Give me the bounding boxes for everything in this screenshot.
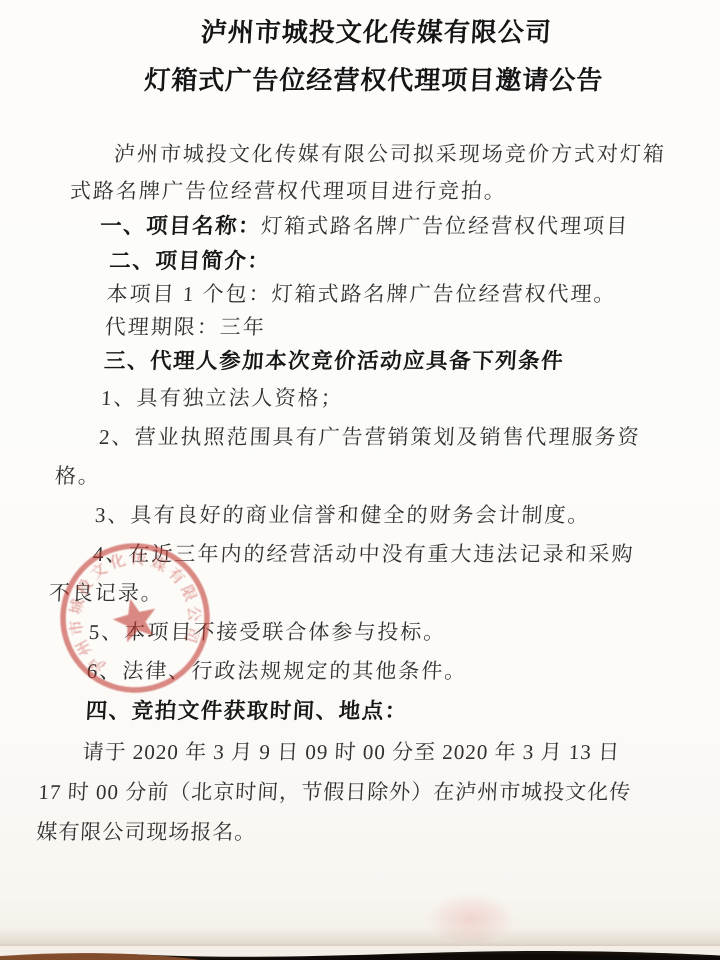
document-title-line2: 灯箱式广告位经营权代理项目邀请公告 bbox=[75, 62, 673, 98]
condition-item-1: 1、具有独立法人资格； bbox=[58, 379, 656, 418]
document-title-line1: 泸州市城投文化传媒有限公司 bbox=[77, 14, 675, 50]
document-content: 泸州市城投文化传媒有限公司 灯箱式广告位经营权代理项目邀请公告 泸州市城投文化传… bbox=[0, 0, 720, 852]
section-1-line: 一、项目名称：灯箱式路名牌广告位经营权代理项目 bbox=[67, 210, 665, 245]
section-1-label: 一、项目名称： bbox=[100, 214, 262, 238]
condition-item-2: 2、营业执照范围具有广告营销策划及销售代理服务资格。 bbox=[54, 418, 654, 496]
section-2-line2: 代理期限：三年 bbox=[62, 311, 660, 344]
condition-item-5: 5、本项目不接受联合体参与投标。 bbox=[46, 613, 644, 652]
section-3-heading: 三、代理人参加本次竞价活动应具备下列条件 bbox=[60, 344, 658, 379]
closing-paragraph: 请于 2020 年 3 月 9 日 09 时 00 分至 2020 年 3 月 … bbox=[35, 732, 637, 852]
intro-paragraph: 泸州市城投文化传媒有限公司拟采现场竞价方式对灯箱式路名牌广告位经营权代理项目进行… bbox=[69, 136, 669, 210]
section-1-value: 灯箱式路名牌广告位经营权代理项目 bbox=[261, 214, 630, 238]
condition-item-4: 4、在近三年内的经营活动中没有重大违法记录和采购不良记录。 bbox=[48, 535, 648, 613]
condition-item-3: 3、具有良好的商业信誉和健全的财务会计制度。 bbox=[52, 496, 650, 535]
condition-item-6: 6、法律、行政法规规定的其他条件。 bbox=[44, 652, 642, 691]
section-2-line1: 本项目 1 个包：灯箱式路名牌广告位经营权代理。 bbox=[64, 278, 662, 311]
section-2-heading: 二、项目简介： bbox=[65, 245, 663, 278]
scanned-announcement-page: 泸州市城投文化传媒有限公司 灯箱式广告位经营权代理项目邀请公告 泸州市城投文化传… bbox=[0, 0, 720, 960]
section-4-heading: 四、竞拍文件获取时间、地点： bbox=[42, 691, 640, 732]
photo-table-edge bbox=[0, 932, 720, 960]
